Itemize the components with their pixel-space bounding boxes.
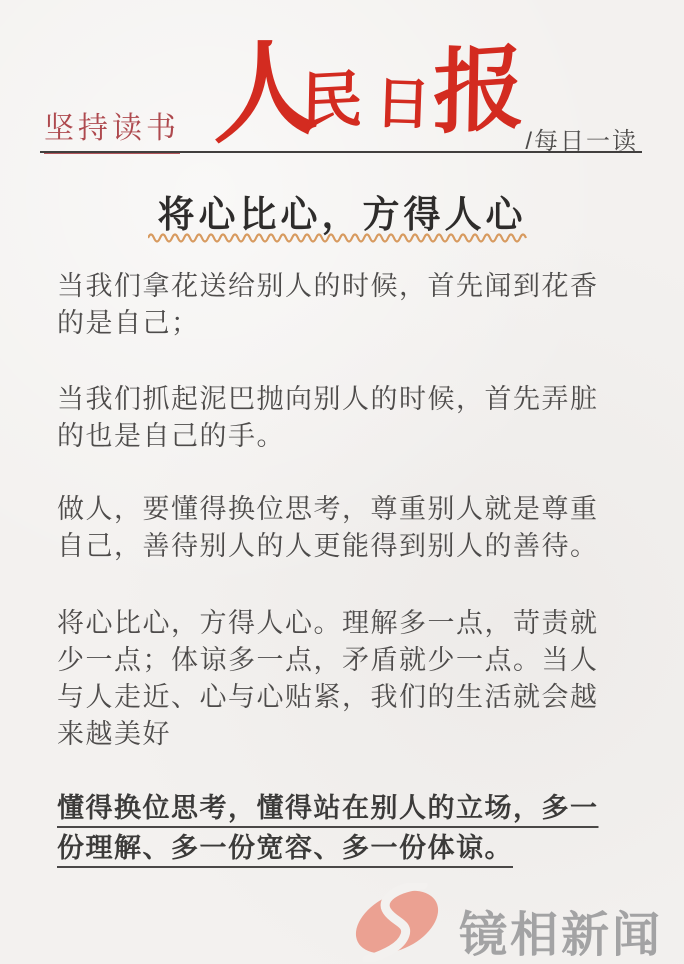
paragraph: 当我们拿花送给别人的时候，首先闻到花香 的是自己； bbox=[57, 268, 639, 342]
wavy-underline-path bbox=[148, 235, 526, 242]
masthead-char: 日 bbox=[374, 75, 432, 133]
paragraph: 做人，要懂得换位思考，尊重别人就是尊重 自己，善待别人的人更能得到别人的善待。 bbox=[57, 491, 639, 565]
series-tagline: 坚持读书 bbox=[44, 103, 180, 154]
masthead-char: 民 bbox=[301, 68, 364, 133]
masthead-char: 报 bbox=[432, 41, 525, 140]
peoples-daily-masthead: 人 民 日 报 bbox=[205, 28, 515, 156]
paragraph: 当我们抓起泥巴抛向别人的时候，首先弄脏 的也是自己的手。 bbox=[57, 381, 639, 455]
wavy-underline-decoration bbox=[148, 229, 528, 247]
highlight-paragraph: 懂得换位思考，懂得站在别人的立场，多一 份理解、多一份宽容、多一份体谅。 bbox=[57, 788, 639, 868]
header-divider bbox=[40, 151, 642, 153]
watermark-brand: 镜相新闻 bbox=[459, 896, 663, 964]
paragraph: 将心比心，方得人心。理解多一点，苛责就 少一点；体谅多一点，矛盾就少一点。当人 … bbox=[57, 605, 639, 753]
reading-card: 坚持读书 人 民 日 报 /每日一读 将心比心，方得人心 当我们拿花送给别人的时… bbox=[0, 0, 684, 964]
mirror-news-logo-icon bbox=[349, 883, 445, 962]
